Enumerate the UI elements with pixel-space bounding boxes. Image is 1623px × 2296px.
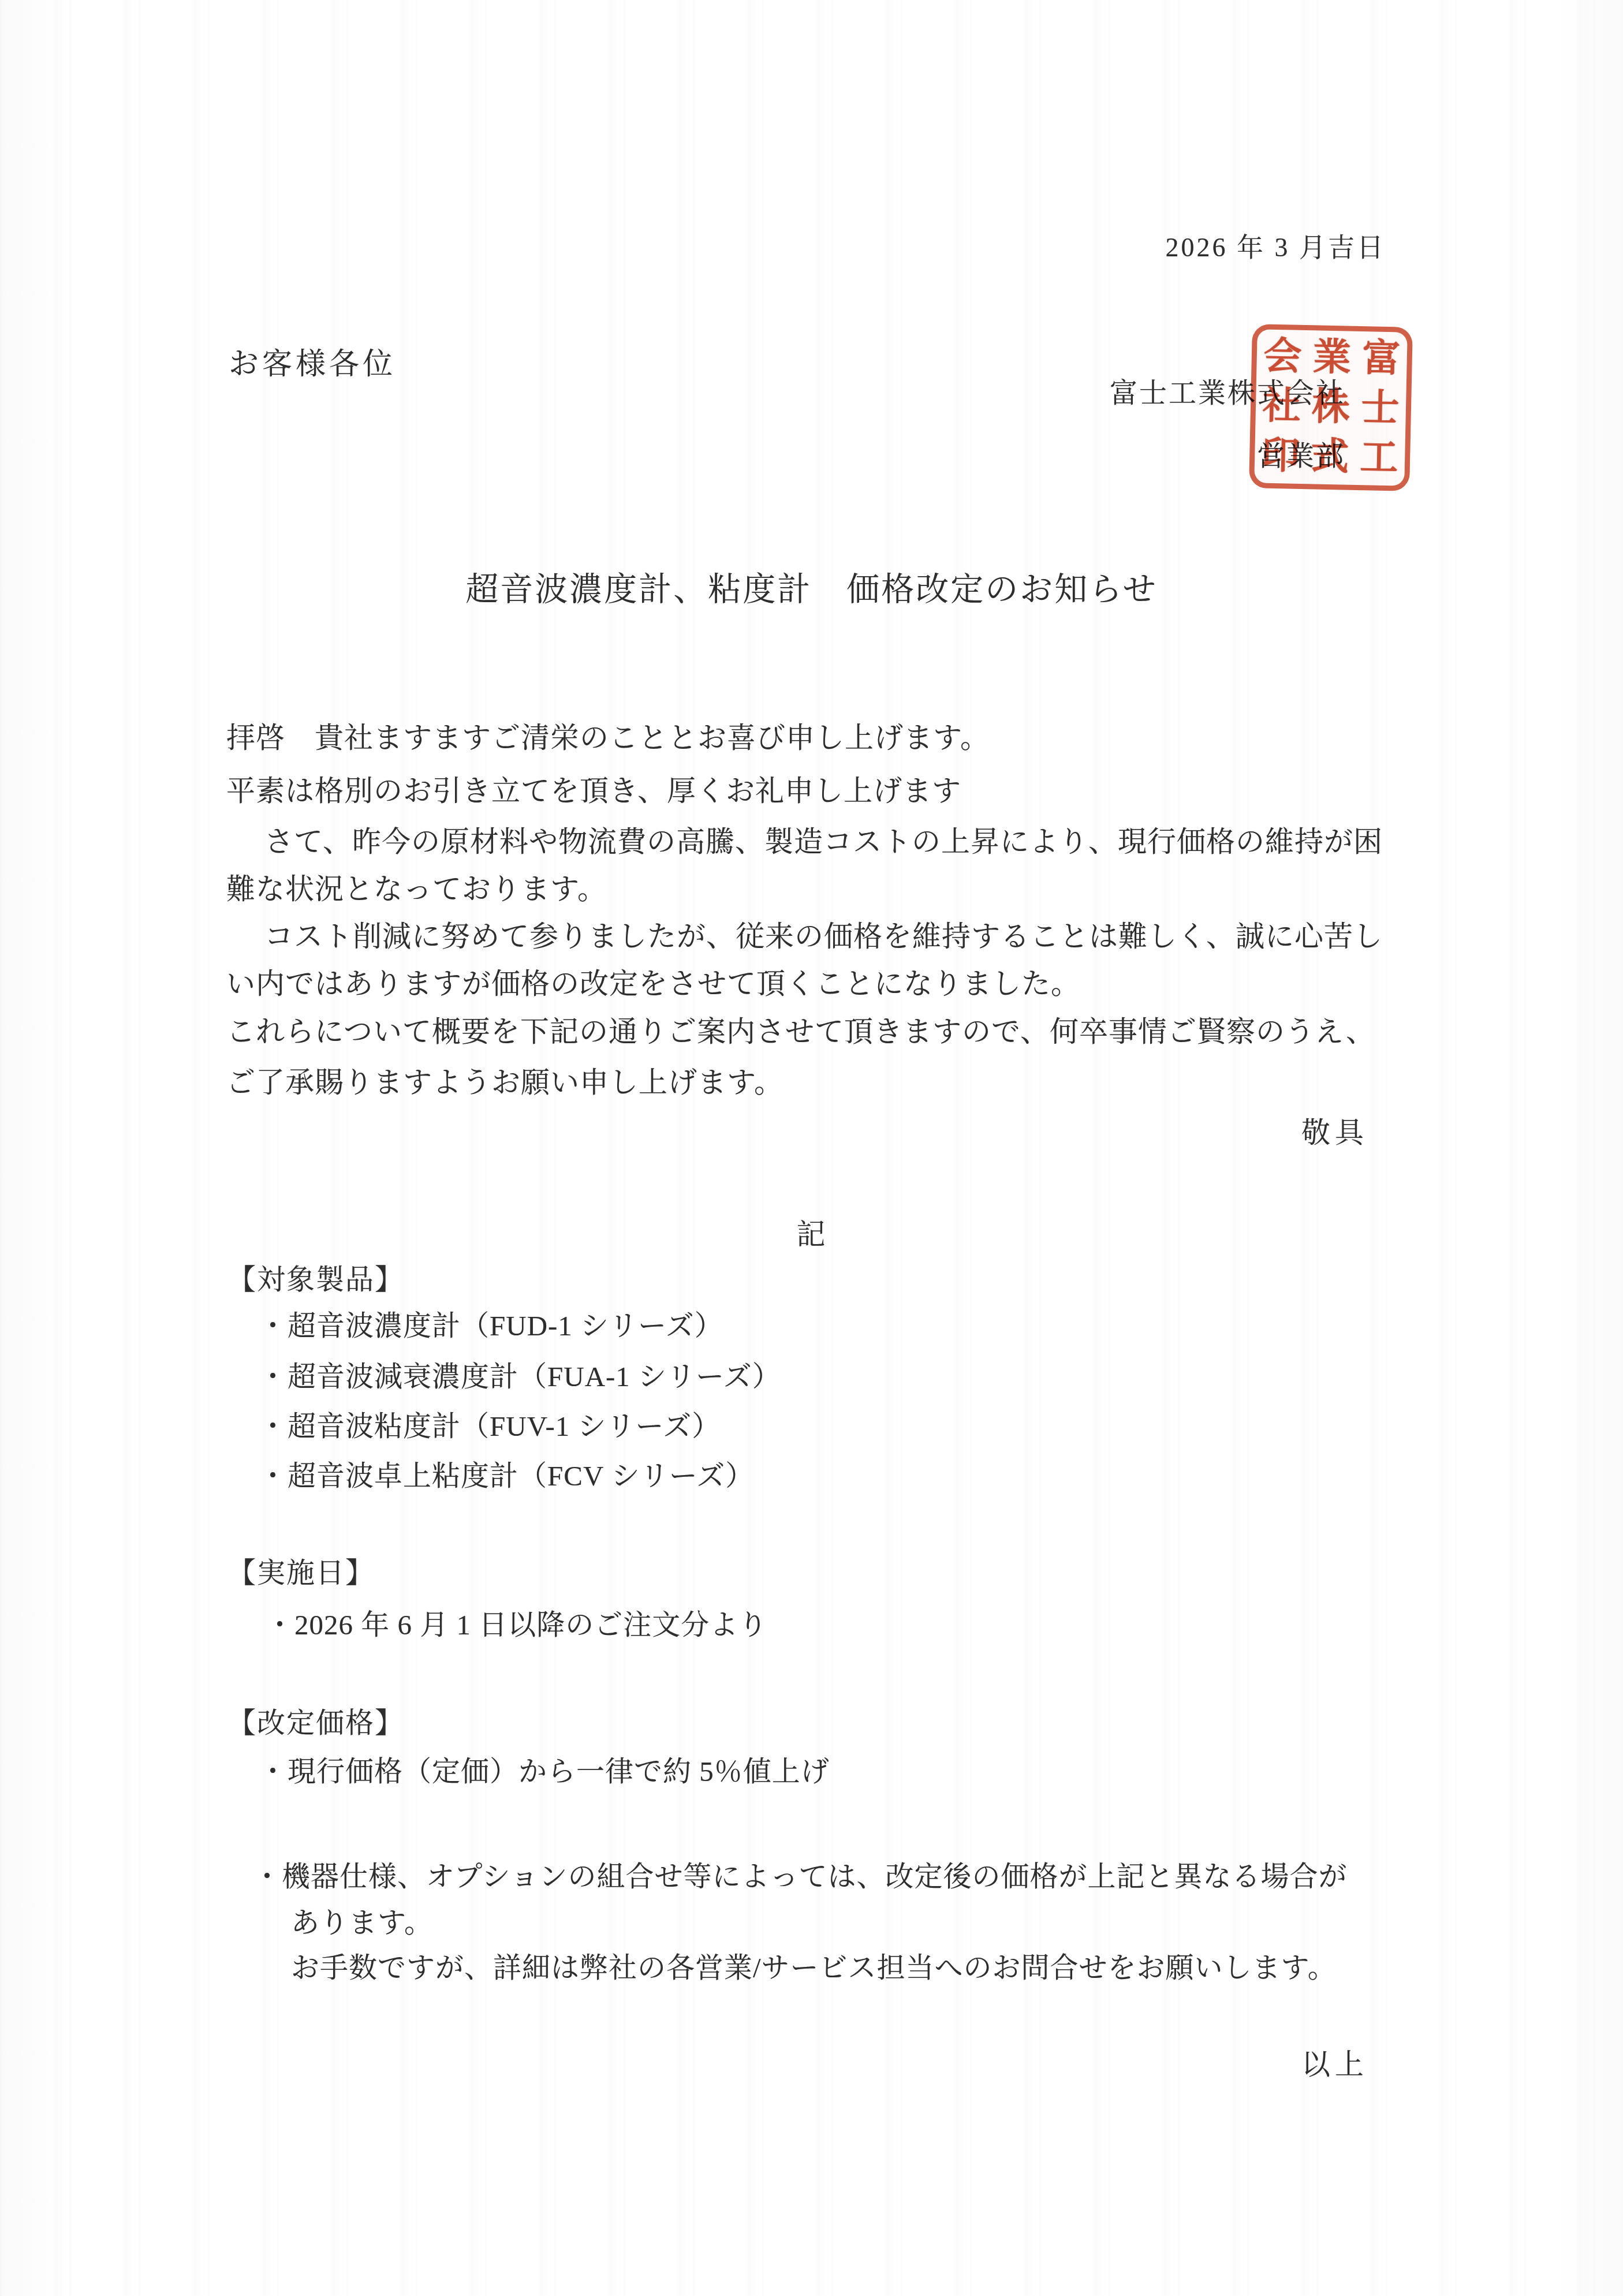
letter-title: 超音波濃度計、粘度計 価格改定のお知らせ <box>0 563 1623 610</box>
product-item: ・超音波減衰濃度計（FUA-1 シリーズ） <box>259 1354 781 1395</box>
body-line: これらについて概要を下記の通りご案内させて頂きますので、何卒事情ご賢察のうえ、 <box>226 1009 1375 1050</box>
section-heading-revised-price: 【改定価格】 <box>227 1701 404 1741</box>
section-heading-effective-date: 【実施日】 <box>227 1551 375 1591</box>
stamp-char: 工 <box>1360 439 1398 477</box>
section-heading-products: 【対象製品】 <box>227 1257 404 1298</box>
stamp-char: 富 <box>1361 339 1400 378</box>
body-line: ご了承賜りますようお願い申し上げます。 <box>226 1059 783 1101</box>
record-marker-ki: 記 <box>0 1211 1623 1253</box>
stamp-char: 会 <box>1263 338 1302 376</box>
note-line: お手数ですが、詳細は弊社の各営業/サービス担当へのお問合せをお願いします。 <box>291 1946 1337 1986</box>
revised-price-item: ・現行価格（定価）から一律で約 5％値上げ <box>259 1749 830 1790</box>
letter-date: 2026 年 3 月吉日 <box>1166 226 1386 264</box>
body-line: い内ではありますが価格の改定をさせて頂くことになりました。 <box>226 961 1080 1002</box>
note-line: あります。 <box>291 1901 433 1941</box>
end-marker-ijou: 以上 <box>1301 2041 1368 2083</box>
product-item: ・超音波濃度計（FUD-1 シリーズ） <box>259 1304 723 1344</box>
body-line: 平素は格別のお引き立てを頂き、厚くお礼申し上げます <box>226 768 961 809</box>
company-seal-stamp: 富 士 工 業 株 式 会 社 印 <box>1249 324 1413 491</box>
stamp-char: 士 <box>1361 389 1400 428</box>
stamp-char: 社 <box>1262 387 1301 426</box>
body-line: 難な状況となっております。 <box>226 866 607 908</box>
closing-keigu: 敬具 <box>1301 1110 1368 1151</box>
body-line: さて、昨今の原材料や物流費の高騰、製造コストの上昇により、現行価格の維持が困 <box>264 819 1383 860</box>
product-item: ・超音波粘度計（FUV-1 シリーズ） <box>259 1404 721 1444</box>
note-line: ・機器仕様、オプションの組合せ等によっては、改定後の価格が上記と異なる場合が <box>253 1854 1348 1895</box>
body-line: 拝啓 貴社ますますご清栄のこととお喜び申し上げます。 <box>226 715 990 756</box>
stamp-char: 印 <box>1261 437 1300 476</box>
effective-date-item: ・2026 年 6 月 1 日以降のご注文分より <box>266 1603 767 1643</box>
stamp-char: 業 <box>1312 338 1351 377</box>
stamp-char: 式 <box>1311 438 1349 476</box>
body-line: コスト削減に努めて参りましたが、従来の価格を維持することは難しく、誠に心苦し <box>264 913 1383 955</box>
stamp-char: 株 <box>1311 388 1350 427</box>
scanned-letter-page: 2026 年 3 月吉日 お客様各位 富士工業株式会社 営業部 富 士 工 業 … <box>0 0 1623 2296</box>
product-item: ・超音波卓上粘度計（FCV シリーズ） <box>259 1454 754 1494</box>
recipient-line: お客様各位 <box>229 339 396 383</box>
